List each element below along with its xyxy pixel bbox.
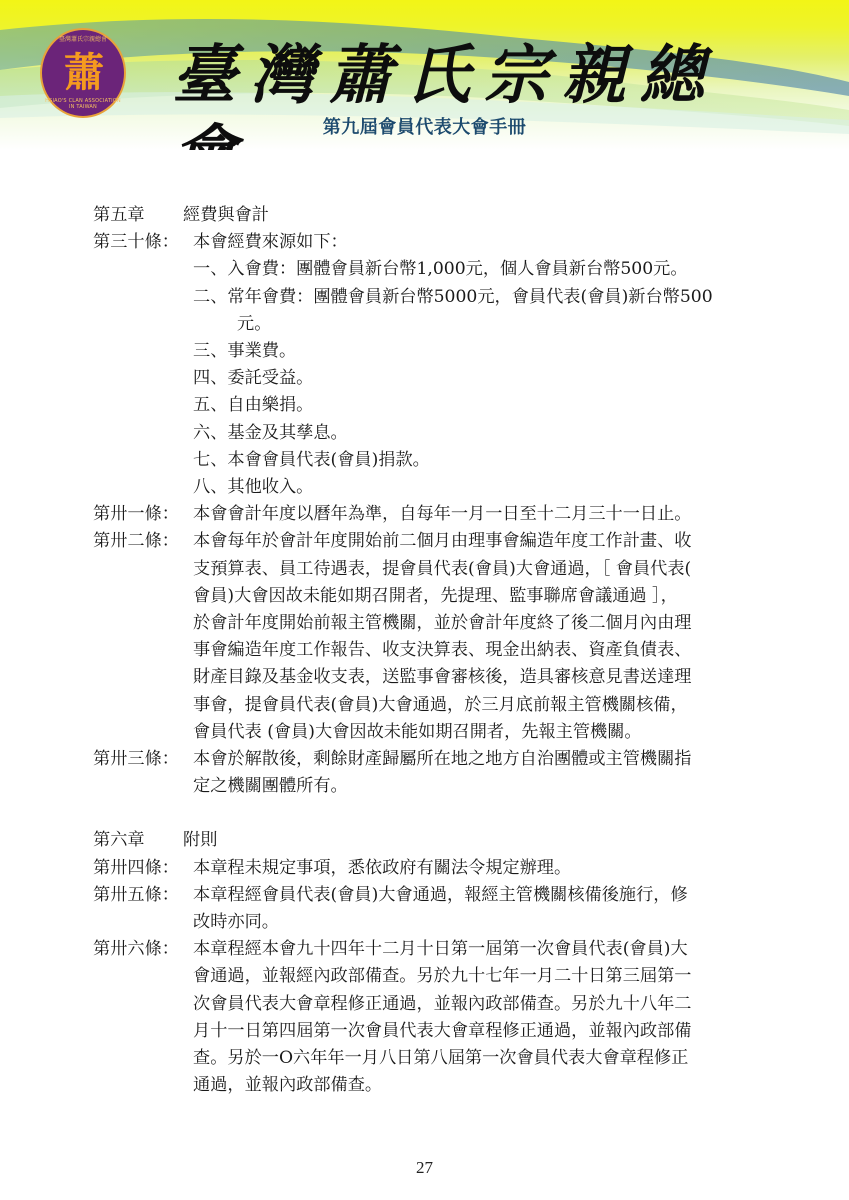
- article-text: 會通過，並報經內政部備查。另於九十七年一月二十日第三屆第一: [193, 963, 783, 990]
- article-31: 第卅一條： 本會會計年度以曆年為準，自每年一月一日至十二月三十一日止。: [93, 501, 783, 528]
- list-item: 四、委託受益。: [93, 365, 783, 392]
- article-text: 定之機關團體所有。: [193, 773, 783, 800]
- article-text: 通過，並報內政部備查。: [193, 1072, 783, 1099]
- article-30: 第三十條： 本會經費來源如下：: [93, 229, 783, 256]
- article-text: 會員)大會因故未能如期召開者，先提理、監事聯席會議通過 ］，: [193, 583, 783, 610]
- association-title: 臺灣蕭氏宗親總會: [172, 36, 762, 116]
- chapter-heading-5: 第五章 經費與會計: [93, 202, 783, 229]
- chapter-number: 第五章: [93, 202, 183, 229]
- article-text: 於會計年度開始前報主管機關，並於會計年度終了後二個月內由理: [193, 610, 783, 637]
- document-body: 第五章 經費與會計 第三十條： 本會經費來源如下： 一、入會費：團體會員新台幣1…: [93, 202, 783, 1100]
- article-label: 第卅二條：: [93, 528, 193, 746]
- article-text: 會員代表 (會員)大會因故未能如期召開者，先報主管機關。: [193, 719, 783, 746]
- handbook-subtitle: 第九屆會員代表大會手冊: [0, 113, 849, 139]
- article-text: 事會編造年度工作報告、收支決算表、現金出納表、資產負債表、: [193, 637, 783, 664]
- chapter-heading-6: 第六章 附則: [93, 827, 783, 854]
- list-item: 一、入會費：團體會員新台幣1,000元，個人會員新台幣500元。: [93, 256, 783, 283]
- article-text: 本會會計年度以曆年為準，自每年一月一日至十二月三十一日止。: [193, 501, 783, 528]
- article-text: 本會經費來源如下：: [193, 229, 783, 256]
- article-label: 第卅三條：: [93, 746, 193, 800]
- logo-ring-top-text: 臺灣蕭氏宗親總會: [42, 34, 124, 43]
- chapter-title: 經費與會計: [183, 202, 269, 229]
- list-item: 七、本會會員代表(會員)捐款。: [93, 447, 783, 474]
- article-text: 查。另於一O六年年一月八日第八屆第一次會員代表大會章程修正: [193, 1045, 783, 1072]
- article-label: 第卅一條：: [93, 501, 193, 528]
- article-text: 本會於解散後，剩餘財產歸屬所在地之地方自治團體或主管機關指: [193, 746, 783, 773]
- article-text: 財產目錄及基金收支表，送監事會審核後，造具審核意見書送達理: [193, 664, 783, 691]
- article-text: 本章程未規定事項，悉依政府有關法令規定辦理。: [193, 855, 783, 882]
- logo-glyph: 蕭: [62, 50, 106, 96]
- article-text: 本章程經會員代表(會員)大會通過，報經主管機關核備後施行，修: [193, 882, 783, 909]
- list-item: 二、常年會費：團體會員新台幣5000元，會員代表(會員)新台幣500: [93, 284, 783, 311]
- article-text: 月十一日第四屆第一次會員代表大會章程修正通過，並報內政部備: [193, 1018, 783, 1045]
- logo-ring-bottom-text: HSIAO'S CLAN ASSOCIATION IN TAIWAN: [42, 98, 124, 110]
- article-label: 第三十條：: [93, 229, 193, 256]
- article-34: 第卅四條： 本章程未規定事項，悉依政府有關法令規定辦理。: [93, 855, 783, 882]
- article-32: 第卅二條： 本會每年於會計年度開始前二個月由理事會編造年度工作計畫、收 支預算表…: [93, 528, 783, 746]
- article-33: 第卅三條： 本會於解散後，剩餘財產歸屬所在地之地方自治團體或主管機關指 定之機關…: [93, 746, 783, 800]
- article-label: 第卅五條：: [93, 882, 193, 936]
- page-number: 27: [0, 1158, 849, 1178]
- section-spacer: [93, 800, 783, 827]
- article-35: 第卅五條： 本章程經會員代表(會員)大會通過，報經主管機關核備後施行，修 改時亦…: [93, 882, 783, 936]
- article-text: 改時亦同。: [193, 909, 783, 936]
- article-text: 本章程經本會九十四年十二月十日第一屆第一次會員代表(會員)大: [193, 936, 783, 963]
- chapter-number: 第六章: [93, 827, 183, 854]
- chapter-title: 附則: [183, 827, 217, 854]
- list-item: 八、其他收入。: [93, 474, 783, 501]
- article-label: 第卅四條：: [93, 855, 193, 882]
- association-logo: 臺灣蕭氏宗親總會 蕭 HSIAO'S CLAN ASSOCIATION IN T…: [40, 28, 126, 118]
- article-text: 本會每年於會計年度開始前二個月由理事會編造年度工作計畫、收: [193, 528, 783, 555]
- article-text: 次會員代表大會章程修正通過，並報內政部備查。另於九十八年二: [193, 991, 783, 1018]
- article-36: 第卅六條： 本章程經本會九十四年十二月十日第一屆第一次會員代表(會員)大 會通過…: [93, 936, 783, 1099]
- list-item: 六、基金及其孳息。: [93, 420, 783, 447]
- article-label: 第卅六條：: [93, 936, 193, 1099]
- article-text: 事會，提會員代表(會員)大會通過，於三月底前報主管機關核備，: [193, 692, 783, 719]
- article-text: 支預算表、員工待遇表，提會員代表(會員)大會通過，［ 會員代表(: [193, 556, 783, 583]
- header-banner: 臺灣蕭氏宗親總會 蕭 HSIAO'S CLAN ASSOCIATION IN T…: [0, 0, 849, 150]
- list-item: 五、自由樂捐。: [93, 392, 783, 419]
- list-item: 三、事業費。: [93, 338, 783, 365]
- list-item-continuation: 元。: [93, 311, 783, 338]
